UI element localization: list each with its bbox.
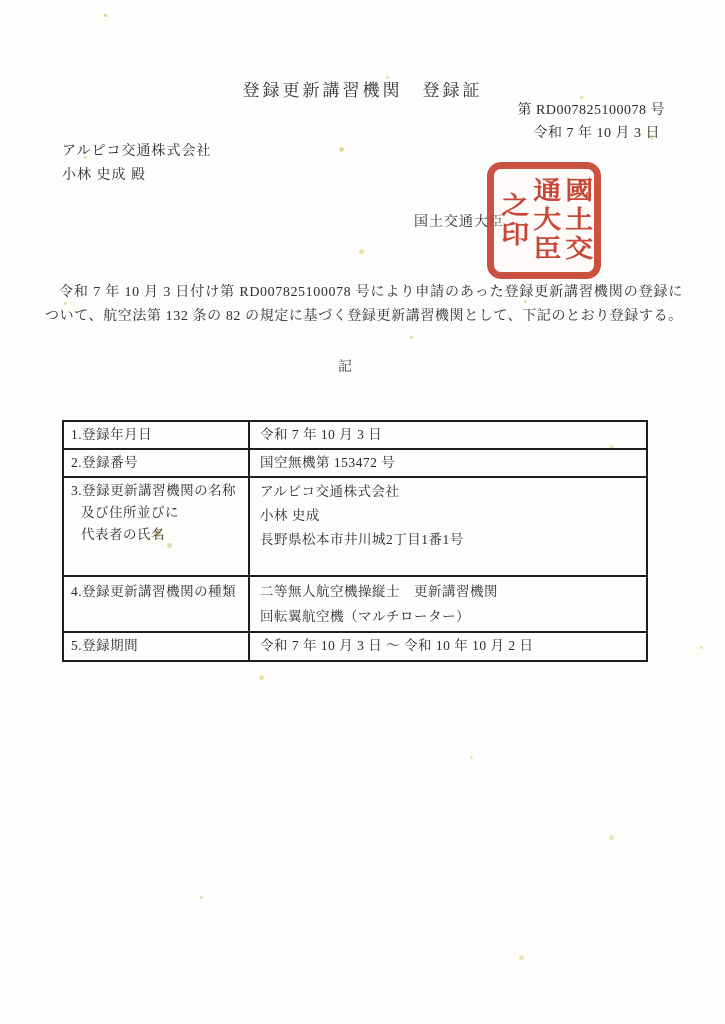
document-number: 第 RD007825100078 号 — [518, 99, 665, 122]
row-label-cell: 1.登録年月日 — [63, 421, 249, 449]
addressee-company: アルピコ交通株式会社 — [62, 140, 211, 164]
document-number-block: 第 RD007825100078 号 令和 7 年 10 月 3 日 — [518, 99, 665, 145]
row-value-cell: 二等無人航空機操縦士 更新講習機関 回転翼航空機（マルチローター） — [249, 576, 647, 632]
seal-column: 國土交 — [562, 172, 590, 269]
scanned-certificate-page: { "document": { "title": "登録更新講習機関 登録証",… — [0, 0, 725, 1024]
addressee-person: 小林 史成 殿 — [62, 164, 211, 188]
row-value-cell: 国空無機第 153472 号 — [249, 449, 647, 477]
addressee-block: アルピコ交通株式会社 小林 史成 殿 — [62, 140, 211, 188]
minister-red-seal-icon: 國土交 通大臣 之印 — [487, 162, 601, 279]
row-label-cell: 5.登録期間 — [63, 632, 249, 661]
table-row: 2.登録番号 国空無機第 153472 号 — [63, 449, 647, 477]
seal-column: 通大臣 — [530, 172, 558, 269]
registration-table: 1.登録年月日 令和 7 年 10 月 3 日 2.登録番号 国空無機第 153… — [62, 420, 648, 662]
table-row: 5.登録期間 令和 7 年 10 月 3 日 ～ 令和 10 年 10 月 2 … — [63, 632, 647, 661]
table-row: 4.登録更新講習機関の種類 二等無人航空機操縦士 更新講習機関 回転翼航空機（マ… — [63, 576, 647, 632]
row-label-cell: 3.登録更新講習機関の名称 及び住所並びに 代表者の氏名 — [63, 477, 249, 576]
issue-date: 令和 7 年 10 月 3 日 — [518, 122, 665, 145]
seal-column: 之印 — [498, 172, 526, 269]
table-row: 3.登録更新講習機関の名称 及び住所並びに 代表者の氏名 アルピコ交通株式会社 … — [63, 477, 647, 576]
row-label-cell: 4.登録更新講習機関の種類 — [63, 576, 249, 632]
row-label-cell: 2.登録番号 — [63, 449, 249, 477]
row-value-cell: 令和 7 年 10 月 3 日 ～ 令和 10 年 10 月 2 日 — [249, 632, 647, 661]
section-marker: 記 — [0, 356, 690, 376]
table-row: 1.登録年月日 令和 7 年 10 月 3 日 — [63, 421, 647, 449]
row-value-cell: アルピコ交通株式会社 小林 史成 長野県松本市井川城2丁目1番1号 — [249, 477, 647, 576]
row-value-cell: 令和 7 年 10 月 3 日 — [249, 421, 647, 449]
document-title: 登録更新講習機関 登録証 — [0, 76, 725, 101]
body-paragraph: 令和 7 年 10 月 3 日付け第 RD007825100078 号により申請… — [45, 281, 683, 328]
scan-speckles — [104, 14, 107, 17]
